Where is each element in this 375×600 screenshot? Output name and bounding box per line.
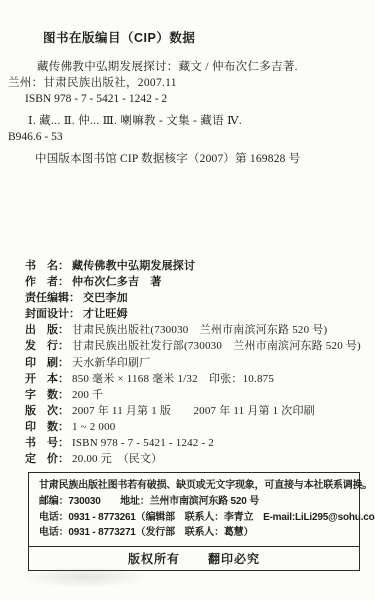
info-label: 版 次： bbox=[25, 402, 69, 418]
cip-heading: 图书在版编目（CIP）数据 bbox=[43, 30, 371, 46]
info-value: 1 ~ 2 000 bbox=[72, 421, 116, 433]
cip-classification-code: B946.6 - 53 bbox=[8, 129, 371, 145]
copyright-reserved-text: 版权所有 bbox=[128, 552, 180, 566]
info-row-distributor: 发 行： 甘肃民族出版社发行部(730030 兰州市南滨河东路 520 号) bbox=[25, 337, 371, 353]
info-label: 出 版： bbox=[25, 321, 69, 337]
info-row-title: 书 名： 藏传佛教中弘期发展探讨 bbox=[25, 257, 371, 273]
book-info-table: 书 名： 藏传佛教中弘期发展探讨 作 者： 仲布次仁多吉 著 责任编辑： 交巴李… bbox=[25, 257, 371, 466]
info-value: 2007 年 11 月第 1 版 2007 年 11 月第 1 次印刷 bbox=[72, 402, 315, 418]
info-value: 850 毫米 × 1168 毫米 1/32 印张：10.875 bbox=[72, 370, 274, 386]
info-label: 封面设计： bbox=[25, 305, 80, 321]
info-row-print-run: 印 数： 1 ~ 2 000 bbox=[25, 418, 371, 434]
info-row-format: 开 本： 850 毫米 × 1168 毫米 1/32 印张：10.875 bbox=[25, 370, 371, 386]
info-value: 藏传佛教中弘期发展探讨 bbox=[72, 257, 195, 273]
info-row-price: 定 价： 20.00 元 （民文） bbox=[25, 450, 371, 466]
info-row-publisher: 出 版： 甘肃民族出版社(730030 兰州市南滨河东路 520 号) bbox=[25, 321, 371, 337]
copyright-statement: 版权所有翻印必究 bbox=[29, 546, 359, 570]
info-label: 印 数： bbox=[25, 418, 69, 434]
info-value: 天水新华印刷厂 bbox=[72, 354, 150, 370]
info-value: 甘肃民族出版社(730030 兰州市南滨河东路 520 号) bbox=[72, 321, 327, 337]
info-row-isbn: 书 号： ISBN 978 - 7 - 5421 - 1242 - 2 bbox=[25, 434, 371, 450]
info-label: 字 数： bbox=[25, 386, 69, 402]
info-value: 200 千 bbox=[72, 386, 103, 402]
cip-data-block: 图书在版编目（CIP）数据 藏传佛教中弘期发展探讨：藏文 / 仲布次仁多吉著. … bbox=[8, 30, 371, 167]
info-row-cover-design: 封面设计： 才让旺姆 bbox=[25, 305, 371, 321]
info-label: 作 者： bbox=[25, 273, 69, 289]
info-label: 定 价： bbox=[25, 450, 69, 466]
info-label: 书 名： bbox=[25, 257, 69, 273]
colophon-page: 图书在版编目（CIP）数据 藏传佛教中弘期发展探讨：藏文 / 仲布次仁多吉著. … bbox=[0, 0, 375, 600]
postcode-address-line: 邮编：730030 地址：兰州市南滨河东路 520 号 bbox=[39, 494, 353, 510]
cip-title-line: 藏传佛教中弘期发展探讨：藏文 / 仲布次仁多吉著. bbox=[37, 59, 371, 75]
info-value: ISBN 978 - 7 - 5421 - 1242 - 2 bbox=[72, 437, 214, 449]
notice-box: 甘肃民族出版社图书若有破损、缺页或无文字现象，可直接与本社联系调换。 邮编：73… bbox=[28, 472, 360, 571]
info-label: 印 刷： bbox=[25, 354, 69, 370]
cip-classification-line: Ⅰ. 藏... Ⅱ. 仲... Ⅲ. 喇嘛教 - 文集 - 藏语 Ⅳ. bbox=[28, 113, 371, 129]
info-row-word-count: 字 数： 200 千 bbox=[25, 386, 371, 402]
notice-box-contact-section: 甘肃民族出版社图书若有破损、缺页或无文字现象，可直接与本社联系调换。 邮编：73… bbox=[29, 473, 359, 546]
info-label: 发 行： bbox=[25, 337, 69, 353]
info-value: 仲布次仁多吉 著 bbox=[72, 273, 162, 289]
info-value: 20.00 元 （民文） bbox=[72, 450, 162, 466]
cip-isbn-line: ISBN 978 - 7 - 5421 - 1242 - 2 bbox=[25, 91, 371, 107]
editorial-phone-line: 电话：0931 - 8773261（编辑部 联系人：李青立 E-mail:LiL… bbox=[39, 510, 353, 526]
distribution-phone-line: 电话：0931 - 8773271（发行部 联系人：葛慧） bbox=[39, 525, 353, 541]
info-row-printer: 印 刷： 天水新华印刷厂 bbox=[25, 354, 371, 370]
info-label: 责任编辑： bbox=[25, 289, 80, 305]
cip-record-number: 中国版本图书馆 CIP 数据核字（2007）第 169828 号 bbox=[35, 151, 371, 167]
info-row-edition: 版 次： 2007 年 11 月第 1 版 2007 年 11 月第 1 次印刷 bbox=[25, 402, 371, 418]
info-value: 才让旺姆 bbox=[83, 305, 128, 321]
info-value: 交巴李加 bbox=[83, 289, 128, 305]
info-label: 开 本： bbox=[25, 370, 69, 386]
info-value: 甘肃民族出版社发行部(730030 兰州市南滨河东路 520 号) bbox=[72, 337, 361, 353]
info-row-author: 作 者： 仲布次仁多吉 著 bbox=[25, 273, 371, 289]
exchange-notice-line: 甘肃民族出版社图书若有破损、缺页或无文字现象，可直接与本社联系调换。 bbox=[39, 478, 353, 494]
info-row-editor: 责任编辑： 交巴李加 bbox=[25, 289, 371, 305]
info-label: 书 号： bbox=[25, 434, 69, 450]
no-reprint-text: 翻印必究 bbox=[208, 552, 260, 566]
cip-publisher-line: 兰州：甘肃民族出版社，2007.11 bbox=[8, 75, 371, 91]
